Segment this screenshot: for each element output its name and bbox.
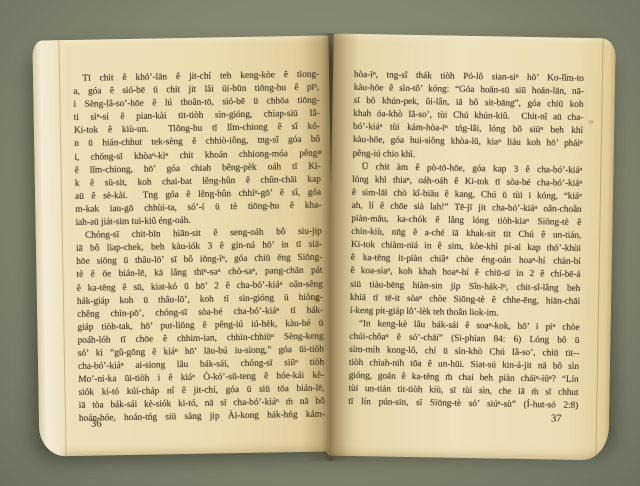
left-page: Tī chit ê khó’-lān ê jit-chí teh keng-kò… (32, 35, 335, 456)
open-book: Tī chit ê khó’-lān ê jit-chí teh keng-kò… (0, 0, 640, 486)
left-page-text: Tī chit ê khó’-lān ê jit-chí teh keng-kò… (73, 69, 325, 427)
right-page: hòa-īⁿ, tng-sî thák tiòh Pó-lô sian-siⁿ … (326, 34, 615, 461)
page-speck (315, 296, 319, 301)
page-speck (588, 120, 594, 124)
right-page-number: 37 (551, 413, 562, 424)
page-speck (318, 150, 322, 154)
text-line: tī lín pún-sin, sī Siōng-tè só’ siúⁿ-sù”… (348, 396, 578, 413)
right-page-text: hòa-īⁿ, tng-sî thák tiòh Pó-lô sian-siⁿ … (348, 69, 584, 413)
left-page-number: 36 (91, 418, 102, 429)
photo-background: Tī chit ê khó’-lān ê jit-chí teh keng-kò… (0, 0, 640, 486)
